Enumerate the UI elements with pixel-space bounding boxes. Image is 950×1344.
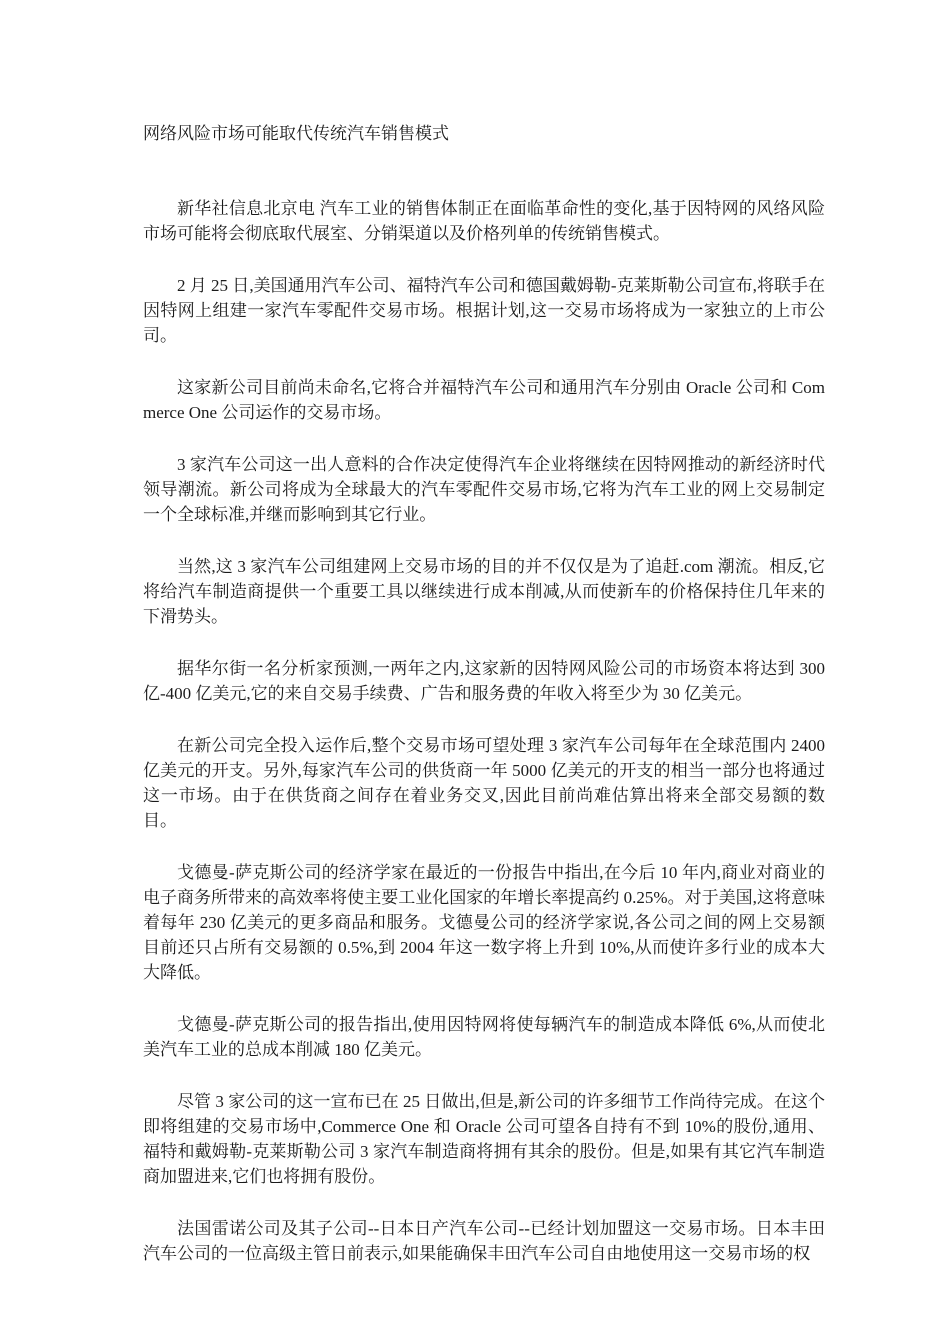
document-page: 网络风险市场可能取代传统汽车销售模式 新华社信息北京电 汽车工业的销售体制正在面… xyxy=(0,0,950,1344)
paragraph-11: 法国雷诺公司及其子公司--日本日产汽车公司--已经计划加盟这一交易市场。日本丰田… xyxy=(143,1216,825,1266)
paragraph-5: 当然,这 3 家汽车公司组建网上交易市场的目的并不仅仅是为了追赶.com 潮流。… xyxy=(143,554,825,629)
paragraph-4: 3 家汽车公司这一出人意料的合作决定使得汽车企业将继续在因特网推动的新经济时代领… xyxy=(143,452,825,527)
article-title: 网络风险市场可能取代传统汽车销售模式 xyxy=(143,121,825,146)
paragraph-8: 戈德曼-萨克斯公司的经济学家在最近的一份报告中指出,在今后 10 年内,商业对商… xyxy=(143,860,825,985)
paragraph-9: 戈德曼-萨克斯公司的报告指出,使用因特网将使每辆汽车的制造成本降低 6%,从而使… xyxy=(143,1012,825,1062)
paragraph-1: 新华社信息北京电 汽车工业的销售体制正在面临革命性的变化,基于因特网的风络风险市… xyxy=(143,196,825,246)
paragraph-6: 据华尔街一名分析家预测,一两年之内,这家新的因特网风险公司的市场资本将达到 30… xyxy=(143,656,825,706)
paragraph-10: 尽管 3 家公司的这一宣布已在 25 日做出,但是,新公司的许多细节工作尚待完成… xyxy=(143,1089,825,1189)
paragraph-7: 在新公司完全投入运作后,整个交易市场可望处理 3 家汽车公司每年在全球范围内 2… xyxy=(143,733,825,833)
paragraph-2: 2 月 25 日,美国通用汽车公司、福特汽车公司和德国戴姆勒-克莱斯勒公司宣布,… xyxy=(143,273,825,348)
paragraph-3: 这家新公司目前尚未命名,它将合并福特汽车公司和通用汽车分别由 Oracle 公司… xyxy=(143,375,825,425)
